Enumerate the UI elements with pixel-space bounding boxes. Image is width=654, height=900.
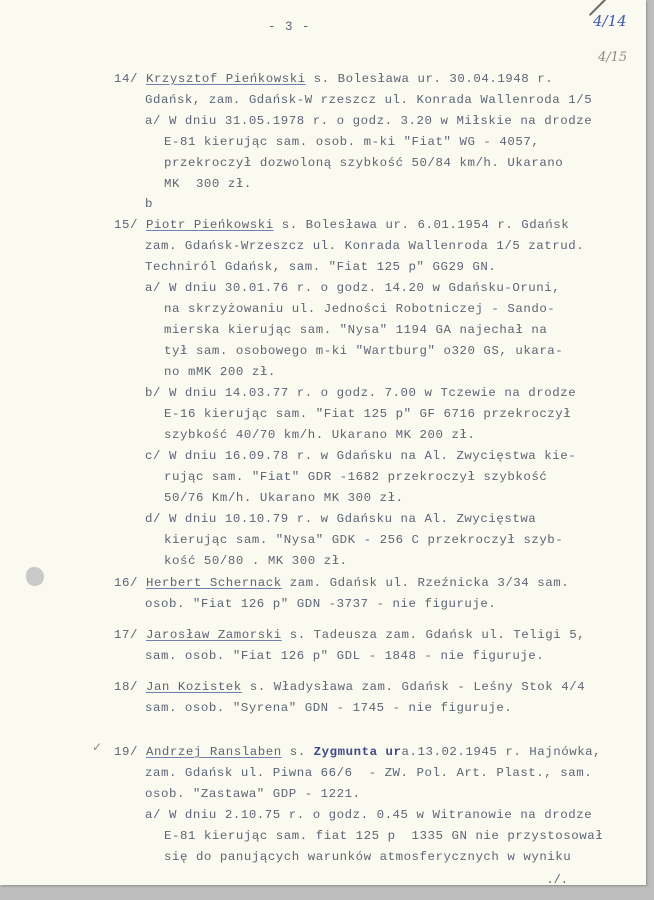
line-text: s. bbox=[282, 745, 314, 759]
line-text: 50/76 Km/h. Ukarano MK 300 zł. bbox=[164, 491, 404, 505]
line-text: osob. "Fiat 126 p" GDN -3737 - nie figur… bbox=[145, 597, 496, 611]
text-line: d/ W dniu 10.10.79 r. w Gdańsku na Al. Z… bbox=[145, 512, 536, 526]
line-text: na skrzyżowaniu ul. Jedności Robotniczej… bbox=[164, 302, 555, 316]
person-name: Jan Kozistek bbox=[146, 680, 242, 694]
line-text: Gdańsk, zam. Gdańsk-W rzeszcz ul. Konrad… bbox=[145, 93, 592, 107]
line-text: s. Władysława zam. Gdańsk - Leśny Stok 4… bbox=[242, 680, 585, 694]
overtyped-text: Zygmunta ur bbox=[314, 745, 402, 759]
line-text: tył sam. osobowego m-ki "Wartburg" o320 … bbox=[164, 344, 563, 358]
handwritten-page-ref-crossed: 4/14 bbox=[593, 12, 627, 30]
person-name: Herbert Schernack bbox=[146, 576, 282, 590]
text-line: a/ W dniu 30.01.76 r. o godz. 14.20 w Gd… bbox=[145, 281, 560, 295]
text-line: a/ W dniu 31.05.1978 r. o godz. 3.20 w M… bbox=[145, 114, 592, 128]
text-line: 50/76 Km/h. Ukarano MK 300 zł. bbox=[164, 491, 404, 505]
person-name: Krzysztof Pieńkowski bbox=[146, 72, 306, 86]
checkmark-icon: ✓ bbox=[92, 740, 102, 754]
line-text: rując sam. "Fiat" GDR -1682 przekroczył … bbox=[164, 470, 547, 484]
continuation-mark: ./. bbox=[546, 873, 568, 887]
text-line: na skrzyżowaniu ul. Jedności Robotniczej… bbox=[164, 302, 555, 316]
page-number: - 3 - bbox=[268, 20, 311, 34]
text-line: rując sam. "Fiat" GDR -1682 przekroczył … bbox=[164, 470, 547, 484]
text-line: b bbox=[145, 197, 153, 211]
punch-hole bbox=[26, 567, 44, 586]
line-text: a/ W dniu 31.05.1978 r. o godz. 3.20 w M… bbox=[145, 114, 592, 128]
text-line: b/ W dniu 14.03.77 r. o godz. 7.00 w Tcz… bbox=[145, 386, 576, 400]
entry-number: 15/ bbox=[114, 218, 146, 232]
document-page: - 3 - 4/14 4/15 ✓ 14/ Krzysztof Pieńkows… bbox=[0, 0, 646, 885]
line-text: przekroczył dozwoloną szybkość 50/84 km/… bbox=[164, 156, 563, 170]
line-text: no mMK 200 zł. bbox=[164, 365, 276, 379]
line-text: a/ W dniu 2.10.75 r. o godz. 0.45 w Witr… bbox=[145, 808, 592, 822]
text-line: sam. osob. "Fiat 126 p" GDL - 1848 - nie… bbox=[145, 649, 544, 663]
text-line: się do panujących warunków atmosferyczny… bbox=[164, 850, 571, 864]
person-name: Piotr Pieńkowski bbox=[146, 218, 274, 232]
line-text: MK 300 zł. bbox=[164, 177, 252, 191]
line-text: s. Bolesława ur. 6.01.1954 r. Gdańsk bbox=[274, 218, 569, 232]
line-text: c/ W dniu 16.09.78 r. w Gdańsku na Al. Z… bbox=[145, 449, 576, 463]
entry-heading-line: 18/ Jan Kozistek s. Władysława zam. Gdań… bbox=[114, 680, 585, 694]
line-text: Techniról Gdańsk, sam. "Fiat 125 p" GG29… bbox=[145, 260, 496, 274]
line-text: zam. Gdańsk ul. Rzeźnicka 3/34 sam. bbox=[282, 576, 569, 590]
entry-heading-line: 15/ Piotr Pieńkowski s. Bolesława ur. 6.… bbox=[114, 218, 569, 232]
entry-heading-line: 19/ Andrzej Ranslaben s. Zygmunta ura.13… bbox=[114, 745, 601, 759]
line-text: s. Bolesława ur. 30.04.1948 r. bbox=[306, 72, 554, 86]
text-line: przekroczył dozwoloną szybkość 50/84 km/… bbox=[164, 156, 563, 170]
text-line: zam. Gdańsk ul. Piwna 66/6 - ZW. Pol. Ar… bbox=[145, 766, 592, 780]
handwritten-page-ref: 4/15 bbox=[598, 50, 627, 65]
line-text: E-16 kierując sam. "Fiat 125 p" GF 6716 … bbox=[164, 407, 571, 421]
entry-number: 14/ bbox=[114, 72, 146, 86]
line-text: zam. Gdańsk-Wrzeszcz ul. Konrada Wallenr… bbox=[145, 239, 584, 253]
entry-heading-line: 17/ Jarosław Zamorski s. Tadeusza zam. G… bbox=[114, 628, 585, 642]
line-text: sam. osob. "Fiat 126 p" GDL - 1848 - nie… bbox=[145, 649, 544, 663]
text-line: szybkość 40/70 km/h. Ukarano MK 200 zł. bbox=[164, 428, 475, 442]
line-text: sam. osob. "Syrena" GDN - 1745 - nie fig… bbox=[145, 701, 512, 715]
line-text: kierując sam. "Nysa" GDK - 256 C przekro… bbox=[164, 533, 563, 547]
text-line: Gdańsk, zam. Gdańsk-W rzeszcz ul. Konrad… bbox=[145, 93, 592, 107]
text-line: osob. "Zastawa" GDP - 1221. bbox=[145, 787, 361, 801]
line-text: mierska kierując sam. "Nysa" 1194 GA naj… bbox=[164, 323, 547, 337]
line-text-tail: a.13.02.1945 r. Hajnówka, bbox=[402, 745, 602, 759]
text-line: tył sam. osobowego m-ki "Wartburg" o320 … bbox=[164, 344, 563, 358]
text-line: MK 300 zł. bbox=[164, 177, 252, 191]
line-text: a/ W dniu 30.01.76 r. o godz. 14.20 w Gd… bbox=[145, 281, 560, 295]
line-text: b bbox=[145, 197, 153, 211]
line-text: E-81 kierując sam. osob. m-ki "Fiat" WG … bbox=[164, 135, 539, 149]
text-line: c/ W dniu 16.09.78 r. w Gdańsku na Al. Z… bbox=[145, 449, 576, 463]
entry-number: 18/ bbox=[114, 680, 146, 694]
text-line: E-16 kierując sam. "Fiat 125 p" GF 6716 … bbox=[164, 407, 571, 421]
person-name: Jarosław Zamorski bbox=[146, 628, 282, 642]
text-line: Techniról Gdańsk, sam. "Fiat 125 p" GG29… bbox=[145, 260, 496, 274]
text-line: sam. osob. "Syrena" GDN - 1745 - nie fig… bbox=[145, 701, 512, 715]
text-line: a/ W dniu 2.10.75 r. o godz. 0.45 w Witr… bbox=[145, 808, 592, 822]
text-line: E-81 kierując sam. fiat 125 p 1335 GN ni… bbox=[164, 829, 603, 843]
line-text: szybkość 40/70 km/h. Ukarano MK 200 zł. bbox=[164, 428, 475, 442]
text-line: zam. Gdańsk-Wrzeszcz ul. Konrada Wallenr… bbox=[145, 239, 584, 253]
entry-number: 19/ bbox=[114, 745, 146, 759]
entry-number: 16/ bbox=[114, 576, 146, 590]
entry-heading-line: 14/ Krzysztof Pieńkowski s. Bolesława ur… bbox=[114, 72, 553, 86]
line-text: d/ W dniu 10.10.79 r. w Gdańsku na Al. Z… bbox=[145, 512, 536, 526]
line-text: kość 50/80 . MK 300 zł. bbox=[164, 554, 348, 568]
line-text: s. Tadeusza zam. Gdańsk ul. Teligi 5, bbox=[282, 628, 585, 642]
text-line: osob. "Fiat 126 p" GDN -3737 - nie figur… bbox=[145, 597, 496, 611]
text-line: mierska kierując sam. "Nysa" 1194 GA naj… bbox=[164, 323, 547, 337]
line-text: zam. Gdańsk ul. Piwna 66/6 - ZW. Pol. Ar… bbox=[145, 766, 592, 780]
entry-number: 17/ bbox=[114, 628, 146, 642]
text-line: kość 50/80 . MK 300 zł. bbox=[164, 554, 348, 568]
line-text: osob. "Zastawa" GDP - 1221. bbox=[145, 787, 361, 801]
text-line: no mMK 200 zł. bbox=[164, 365, 276, 379]
line-text: E-81 kierując sam. fiat 125 p 1335 GN ni… bbox=[164, 829, 603, 843]
text-line: E-81 kierując sam. osob. m-ki "Fiat" WG … bbox=[164, 135, 539, 149]
person-name: Andrzej Ranslaben bbox=[146, 745, 282, 759]
entry-heading-line: 16/ Herbert Schernack zam. Gdańsk ul. Rz… bbox=[114, 576, 569, 590]
line-text: b/ W dniu 14.03.77 r. o godz. 7.00 w Tcz… bbox=[145, 386, 576, 400]
text-line: kierując sam. "Nysa" GDK - 256 C przekro… bbox=[164, 533, 563, 547]
line-text: się do panujących warunków atmosferyczny… bbox=[164, 850, 571, 864]
